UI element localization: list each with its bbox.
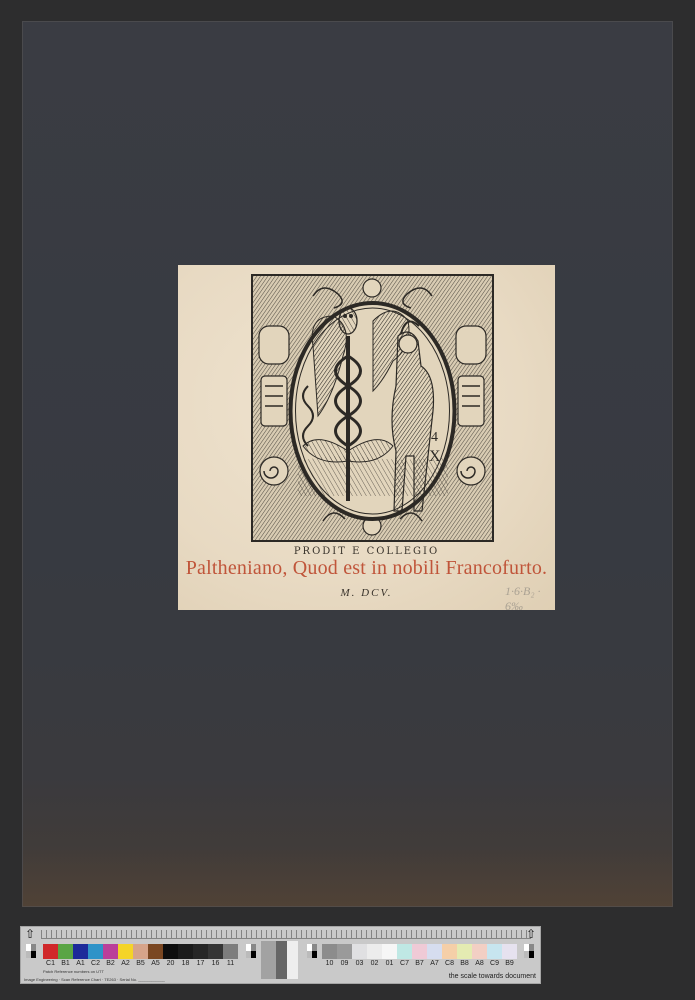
color-patch: [457, 944, 472, 959]
color-patch: [442, 944, 457, 959]
color-patch: [337, 944, 352, 959]
color-patch: [148, 944, 163, 959]
patch-label: B7: [412, 960, 427, 967]
patch-label: 10: [322, 960, 337, 967]
patch-label: C9: [487, 960, 502, 967]
patch-label: A7: [427, 960, 442, 967]
color-patch: [322, 944, 337, 959]
imprint-line-1: PRODIT E COLLEGIO: [178, 546, 555, 557]
patch-label: B8: [457, 960, 472, 967]
document-fragment: 4 X PRODIT E COLLEGIO Paltheniano, Quod …: [178, 265, 555, 610]
patch-label: 18: [178, 960, 193, 967]
patch-label: 03: [352, 960, 367, 967]
color-patch: [133, 944, 148, 959]
up-arrow-icon: ⇧: [25, 928, 35, 940]
patch-label: 11: [223, 960, 238, 967]
patch-label: 01: [382, 960, 397, 967]
color-patch: [58, 944, 73, 959]
patch-note: Patch Reference numbers on UTT: [43, 969, 104, 974]
color-patch: [487, 944, 502, 959]
up-arrow-icon: ⇧: [526, 928, 536, 940]
color-patch: [382, 944, 397, 959]
chart-footer-right: the scale towards document: [449, 973, 536, 980]
color-patch: [412, 944, 427, 959]
patch-label: C2: [88, 960, 103, 967]
color-patch: [427, 944, 442, 959]
woodcut-monogram: 4: [431, 430, 438, 445]
chart-footer-left: Image Engineering · Scan Reference Chart…: [24, 977, 165, 982]
color-patch: [88, 944, 103, 959]
color-patch: [193, 944, 208, 959]
pencil-annotation: 1·6·B₂ · 6‰: [505, 584, 555, 614]
color-patch: [208, 944, 223, 959]
color-patch: [397, 944, 412, 959]
color-patch: [502, 944, 517, 959]
patch-label: 17: [193, 960, 208, 967]
gray-mini-patch: [524, 944, 534, 959]
patch-label: B1: [58, 960, 73, 967]
patch-label: 02: [367, 960, 382, 967]
woodcut-illustration: 4 X: [253, 276, 492, 540]
left-color-patches: [43, 944, 238, 959]
imprint-date: M. DCV.: [178, 587, 555, 599]
color-patch: [43, 944, 58, 959]
color-patch: [223, 944, 238, 959]
gray-reference-block: [261, 941, 298, 979]
gray-mini-patch: [26, 944, 36, 959]
svg-text:X: X: [429, 448, 441, 465]
patch-label: C8: [442, 960, 457, 967]
right-color-patches: [322, 944, 517, 959]
patch-label: 16: [208, 960, 223, 967]
patch-label: A2: [118, 960, 133, 967]
right-patch-labels: 1009030201C7B7A7C8B8A8C9B9: [322, 960, 517, 967]
gray-mini-patch: [307, 944, 317, 959]
patch-label: B9: [502, 960, 517, 967]
color-patch: [73, 944, 88, 959]
patch-label: C7: [397, 960, 412, 967]
color-patch: [163, 944, 178, 959]
patch-label: 20: [163, 960, 178, 967]
mounting-board: 4 X PRODIT E COLLEGIO Paltheniano, Quod …: [22, 21, 673, 907]
color-patch: [472, 944, 487, 959]
color-reference-chart: ⇧ ⇧ C1B1A1C2B2A2B5A52018171611 100903020…: [20, 926, 541, 984]
left-patch-labels: C1B1A1C2B2A2B5A52018171611: [43, 960, 238, 967]
patch-label: B2: [103, 960, 118, 967]
color-patch: [367, 944, 382, 959]
color-patch: [178, 944, 193, 959]
color-patch: [103, 944, 118, 959]
patch-label: B5: [133, 960, 148, 967]
imprint-line-2: Paltheniano, Quod est in nobili Francofu…: [178, 557, 555, 580]
woodcut-printers-device: 4 X: [251, 274, 494, 542]
ruler-scale: [41, 930, 531, 939]
patch-label: C1: [43, 960, 58, 967]
patch-label: A5: [148, 960, 163, 967]
patch-label: 09: [337, 960, 352, 967]
patch-label: A1: [73, 960, 88, 967]
color-patch: [118, 944, 133, 959]
gray-mini-patch: [246, 944, 256, 959]
color-patch: [352, 944, 367, 959]
patch-label: A8: [472, 960, 487, 967]
